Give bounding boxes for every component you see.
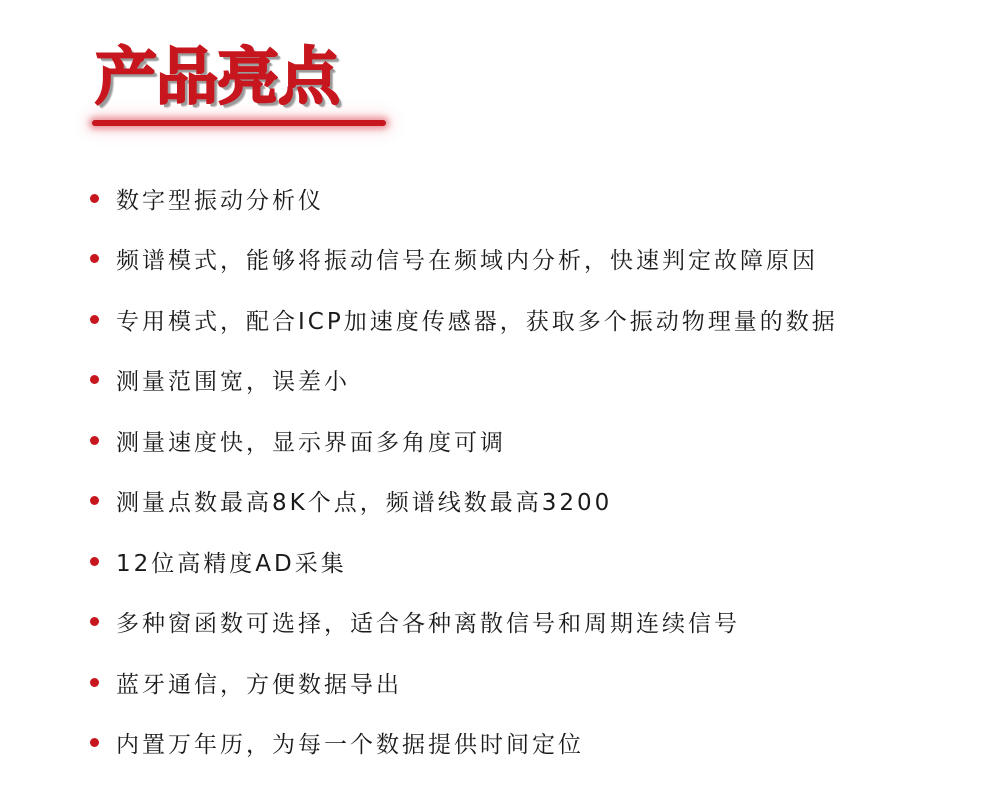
bullet-dot-icon (90, 617, 99, 626)
feature-item: 多种窗函数可选择，适合各种离散信号和周期连续信号 (90, 592, 838, 653)
feature-item: 数字型振动分析仪 (90, 168, 838, 229)
feature-text: 测量范围宽，误差小 (116, 363, 350, 396)
feature-item: 内置万年历，为每一个数据提供时间定位 (90, 713, 838, 774)
bullet-dot-icon (90, 496, 99, 505)
feature-item: 蓝牙通信，方便数据导出 (90, 652, 838, 713)
feature-item: 12位高精度AD采集 (90, 531, 838, 592)
feature-item: 测量速度快，显示界面多角度可调 (90, 410, 838, 471)
title-underline-divider (92, 120, 386, 126)
bullet-dot-icon (90, 678, 99, 687)
feature-item: 测量范围宽，误差小 (90, 350, 838, 411)
bullet-dot-icon (90, 315, 99, 324)
bullet-dot-icon (90, 738, 99, 747)
feature-text: 内置万年历，为每一个数据提供时间定位 (116, 726, 584, 759)
feature-item: 测量点数最高8K个点，频谱线数最高3200 (90, 471, 838, 532)
feature-text: 测量点数最高8K个点，频谱线数最高3200 (116, 484, 612, 517)
feature-text: 频谱模式，能够将振动信号在频域内分析，快速判定故障原因 (116, 242, 818, 275)
page-title: 产品亮点 (95, 40, 339, 114)
feature-item: 专用模式，配合ICP加速度传感器，获取多个振动物理量的数据 (90, 289, 838, 350)
feature-text: 数字型振动分析仪 (116, 182, 324, 215)
title-block: 产品亮点 (95, 40, 339, 114)
feature-text: 专用模式，配合ICP加速度传感器，获取多个振动物理量的数据 (116, 303, 838, 336)
bullet-dot-icon (90, 194, 99, 203)
feature-text: 蓝牙通信，方便数据导出 (116, 666, 402, 699)
feature-text: 多种窗函数可选择，适合各种离散信号和周期连续信号 (116, 605, 740, 638)
bullet-dot-icon (90, 254, 99, 263)
feature-text: 12位高精度AD采集 (116, 545, 347, 578)
bullet-dot-icon (90, 557, 99, 566)
feature-list: 数字型振动分析仪 频谱模式，能够将振动信号在频域内分析，快速判定故障原因 专用模… (90, 168, 838, 773)
feature-item: 频谱模式，能够将振动信号在频域内分析，快速判定故障原因 (90, 229, 838, 290)
bullet-dot-icon (90, 375, 99, 384)
feature-text: 测量速度快，显示界面多角度可调 (116, 424, 506, 457)
bullet-dot-icon (90, 436, 99, 445)
